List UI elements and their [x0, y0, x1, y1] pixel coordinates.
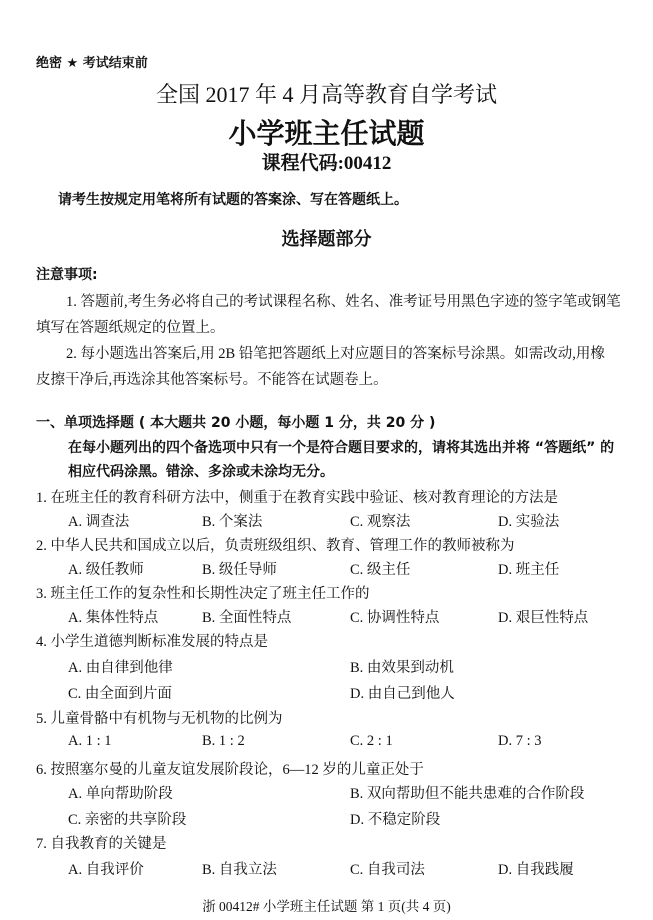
question-6-stem: 6. 按照塞尔曼的儿童友谊发展阶段论，6—12 岁的儿童正处于	[36, 758, 424, 779]
confidential-mark: 绝密 ★ 考试结束前	[36, 52, 148, 71]
question-5-option-a: A. 1 : 1	[68, 733, 112, 750]
question-5-option-c: C. 2 : 1	[350, 733, 393, 750]
question-2-option-a: A. 级任教师	[68, 558, 144, 579]
question-4-stem: 4. 小学生道德判断标准发展的特点是	[36, 630, 268, 651]
answer-instruction: 请考生按规定用笔将所有试题的答案涂、写在答题纸上。	[58, 189, 408, 209]
question-2-stem: 2. 中华人民共和国成立以后，负责班级组织、教育、管理工作的教师被称为	[36, 534, 515, 555]
question-3-stem: 3. 班主任工作的复杂性和长期性决定了班主任工作的	[36, 582, 370, 603]
question-1-stem: 1. 在班主任的教育科研方法中，侧重于在教育实践中验证、核对教育理论的方法是	[36, 486, 558, 507]
question-5-stem: 5. 儿童骨骼中有机物与无机物的比例为	[36, 707, 283, 728]
section-heading: 选择题部分	[0, 225, 653, 251]
question-1-option-c: C. 观察法	[350, 510, 410, 531]
question-3-option-a: A. 集体性特点	[68, 606, 158, 627]
question-4-option-d: D. 由自己到他人	[350, 682, 455, 703]
question-4-option-b: B. 由效果到动机	[350, 656, 454, 677]
subject-title: 小学班主任试题	[0, 112, 653, 152]
question-2-option-d: D. 班主任	[498, 558, 559, 579]
notes-title: 注意事项:	[36, 264, 98, 284]
question-2-option-b: B. 级任导师	[202, 558, 277, 579]
question-7-stem: 7. 自我教育的关键是	[36, 832, 167, 853]
course-code: 课程代码:00412	[0, 148, 653, 175]
question-7-option-a: A. 自我评价	[68, 858, 144, 879]
question-4-option-c: C. 由全面到片面	[68, 682, 172, 703]
exam-title: 全国 2017 年 4 月高等教育自学考试	[0, 78, 653, 109]
question-6-option-d: D. 不稳定阶段	[350, 808, 440, 829]
question-6-option-c: C. 亲密的共享阶段	[68, 808, 186, 829]
question-7-option-d: D. 自我践履	[498, 858, 574, 879]
question-5-option-d: D. 7 : 3	[498, 733, 542, 750]
part-description-line-2: 相应代码涂黑。错涂、多涂或未涂均无分。	[68, 461, 334, 481]
note-2-line-1: 2. 每小题选出答案后,用 2B 铅笔把答题纸上对应题目的答案标号涂黑。如需改动…	[66, 342, 605, 363]
question-3-option-b: B. 全面性特点	[202, 606, 291, 627]
page-footer: 浙 00412# 小学班主任试题 第 1 页(共 4 页)	[0, 895, 653, 915]
question-3-option-c: C. 协调性特点	[350, 606, 439, 627]
question-6-option-a: A. 单向帮助阶段	[68, 782, 173, 803]
question-6-option-b: B. 双向帮助但不能共患难的合作阶段	[350, 782, 584, 803]
question-7-option-b: B. 自我立法	[202, 858, 277, 879]
question-7-option-c: C. 自我司法	[350, 858, 425, 879]
question-1-option-d: D. 实验法	[498, 510, 559, 531]
note-1-line-2: 填写在答题纸规定的位置上。	[36, 316, 225, 337]
question-1-option-b: B. 个案法	[202, 510, 262, 531]
part-heading: 一、单项选择题 ( 本大题共 20 小题，每小题 1 分，共 20 分 )	[36, 412, 435, 432]
question-2-option-c: C. 级主任	[350, 558, 410, 579]
question-4-option-a: A. 由自律到他律	[68, 656, 173, 677]
note-2-line-2: 皮擦干净后,再选涂其他答案标号。不能答在试题卷上。	[36, 368, 388, 389]
note-1-line-1: 1. 答题前,考生务必将自己的考试课程名称、姓名、准考证号用黑色字迹的签字笔或钢…	[66, 290, 621, 311]
question-1-option-a: A. 调查法	[68, 510, 129, 531]
question-3-option-d: D. 艰巨性特点	[498, 606, 588, 627]
part-description-line-1: 在每小题列出的四个备选项中只有一个是符合题目要求的，请将其选出并将 “答题纸” …	[68, 437, 614, 457]
question-5-option-b: B. 1 : 2	[202, 733, 245, 750]
